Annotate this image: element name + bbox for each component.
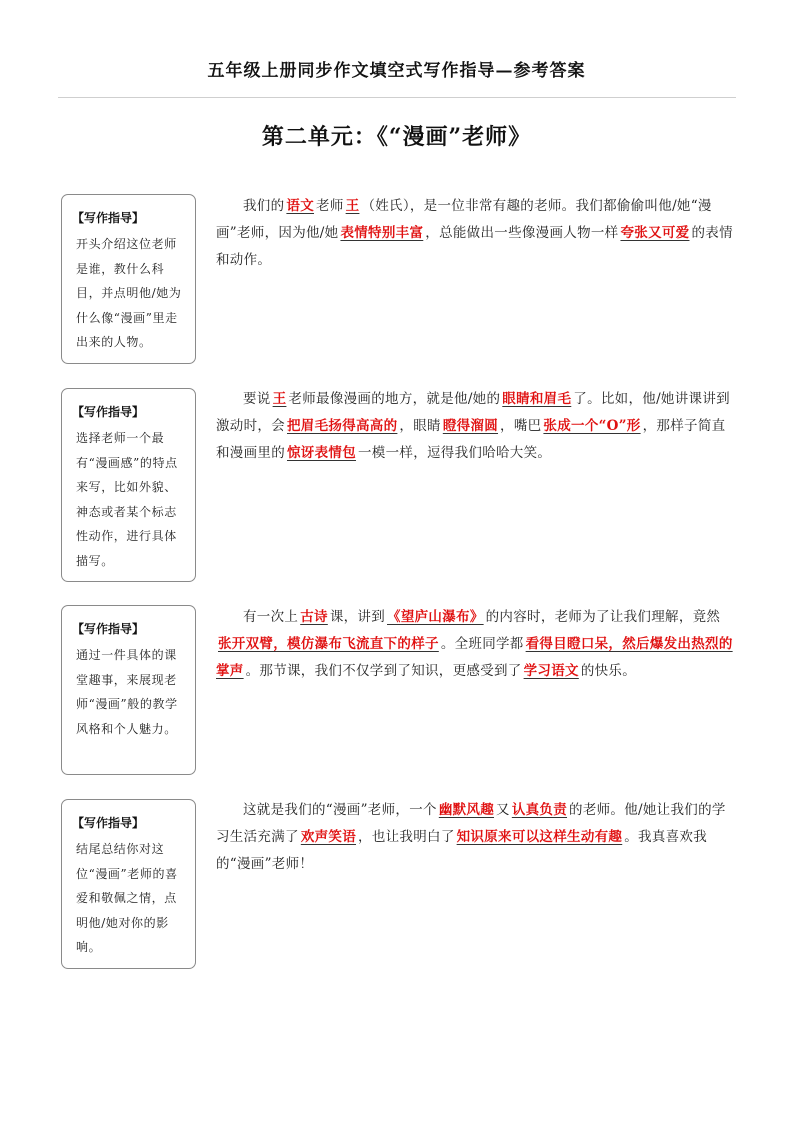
answer-blank: 知识原来可以这样生动有趣 — [455, 829, 625, 845]
paragraph-text: ，眼睛 — [399, 418, 440, 434]
essay-paragraph: 我们的语文老师王（姓氏），是一位非常有趣的老师。我们都偷偷叫他/她“漫画”老师，… — [216, 193, 736, 274]
writing-guide-box: 【写作指导】 开头介绍这位老师是谁，教什么科目，并点明他/她为什么像“漫画”里走… — [61, 194, 196, 364]
answer-blank: 瞪得溜圆 — [441, 418, 500, 434]
guide-title: 【写作指导】 — [72, 403, 185, 420]
answer-blank: 把眉毛扬得高高的 — [285, 418, 399, 434]
answer-blank: 夸张又可爱 — [618, 225, 691, 241]
answer-blank: 张成一个“O”形 — [541, 418, 642, 434]
guide-text: 通过一件具体的课堂趣事，来展现老师“漫画”般的教学风格和个人魅力。 — [76, 643, 185, 741]
paragraph-text: 这就是我们的“漫画”老师，一个 — [243, 802, 437, 818]
answer-blank: 王 — [271, 391, 289, 407]
answer-blank: 认真负责 — [510, 802, 569, 818]
unit-title: 第二单元：《“漫画”老师》 — [0, 120, 793, 151]
answer-blank: 王 — [344, 198, 362, 214]
header-divider — [58, 97, 736, 98]
answer-blank: 眼睛和眉毛 — [500, 391, 573, 407]
guide-text: 选择老师一个最有“漫画感”的特点来写，比如外貌、神态或者某个标志性动作，进行具体… — [76, 426, 185, 573]
paragraph-text: 又 — [496, 802, 510, 818]
paragraph-text: 一模一样，逗得我们哈哈大笑。 — [358, 445, 551, 461]
paragraph-text: 课，讲到 — [330, 609, 385, 625]
answer-blank: 学习语文 — [522, 663, 581, 679]
paragraph-text: 。全班同学都 — [441, 636, 524, 652]
answer-blank: 张开双臂，模仿瀑布飞流直下的样子 — [216, 636, 441, 652]
paragraph-text: ，嘴巴 — [500, 418, 541, 434]
essay-paragraph: 这就是我们的“漫画”老师，一个幽默风趣又认真负责的老师。他/她让我们的学习生活充… — [216, 797, 736, 878]
essay-paragraph: 要说王老师最像漫画的地方，就是他/她的眼睛和眉毛了。比如，他/她讲课讲到激动时，… — [216, 386, 736, 467]
paragraph-text: 的快乐。 — [581, 663, 636, 679]
answer-blank: 幽默风趣 — [437, 802, 496, 818]
answer-blank: 古诗 — [298, 609, 330, 625]
document-header: 五年级上册同步作文填空式写作指导—参考答案 — [0, 56, 793, 81]
answer-blank: 惊讶表情包 — [285, 445, 358, 461]
paragraph-text: 。那节课，我们不仅学到了知识，更感受到了 — [246, 663, 522, 679]
paragraph-text: 老师最像漫画的地方，就是他/她的 — [288, 391, 500, 407]
writing-guide-box: 【写作指导】 结尾总结你对这位“漫画”老师的喜爱和敬佩之情，点明他/她对你的影响… — [61, 799, 196, 969]
answer-blank: 欢声笑语 — [299, 829, 358, 845]
paragraph-text: 的内容时，老师为了让我们理解，竟然 — [486, 609, 721, 625]
guide-title: 【写作指导】 — [72, 209, 185, 226]
guide-text: 结尾总结你对这位“漫画”老师的喜爱和敬佩之情，点明他/她对你的影响。 — [76, 837, 185, 960]
writing-guide-box: 【写作指导】 通过一件具体的课堂趣事，来展现老师“漫画”般的教学风格和个人魅力。 — [61, 605, 196, 775]
answer-blank: 《望庐山瀑布》 — [385, 609, 486, 625]
essay-paragraph: 有一次上古诗课，讲到《望庐山瀑布》的内容时，老师为了让我们理解，竟然张开双臂，模… — [216, 604, 736, 685]
paragraph-text: 要说 — [243, 391, 271, 407]
writing-guide-box: 【写作指导】 选择老师一个最有“漫画感”的特点来写，比如外貌、神态或者某个标志性… — [61, 388, 196, 582]
guide-title: 【写作指导】 — [72, 620, 185, 637]
answer-blank: 表情特别丰富 — [338, 225, 425, 241]
paragraph-text: 有一次上 — [243, 609, 298, 625]
paragraph-text: ，总能做出一些像漫画人物一样 — [425, 225, 618, 241]
guide-text: 开头介绍这位老师是谁，教什么科目，并点明他/她为什么像“漫画”里走出来的人物。 — [76, 232, 185, 355]
paragraph-text: 老师 — [316, 198, 344, 214]
guide-title: 【写作指导】 — [72, 814, 185, 831]
paragraph-text: 我们的 — [243, 198, 284, 214]
paragraph-text: ，也让我明白了 — [358, 829, 455, 845]
answer-blank: 语文 — [284, 198, 316, 214]
